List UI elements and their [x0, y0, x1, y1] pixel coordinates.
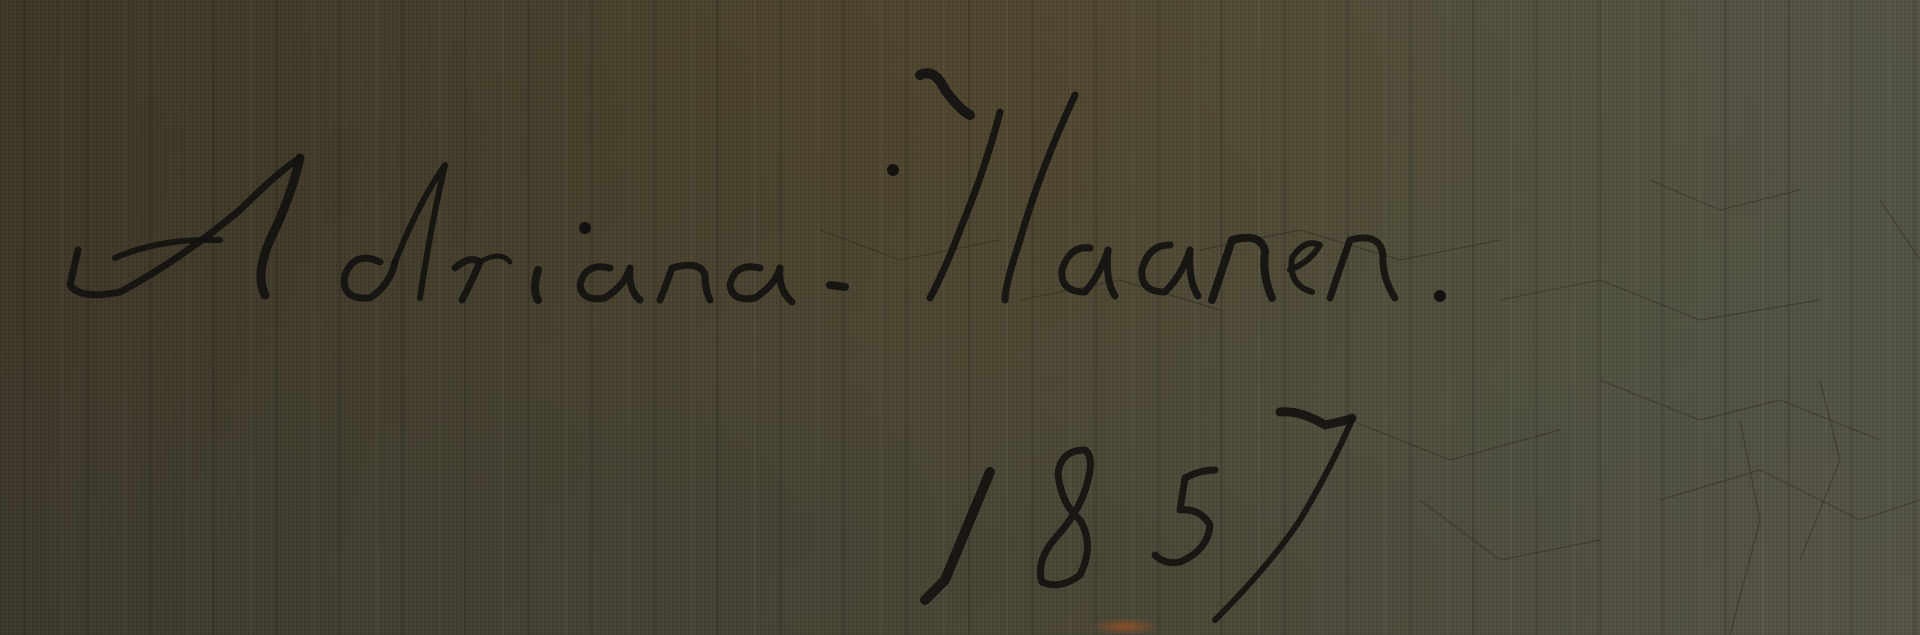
painted-canvas: Adriana · Haanen. 1857 [0, 0, 1920, 635]
signature-strokes [0, 0, 1920, 635]
paint-loss-spot [1090, 618, 1160, 635]
